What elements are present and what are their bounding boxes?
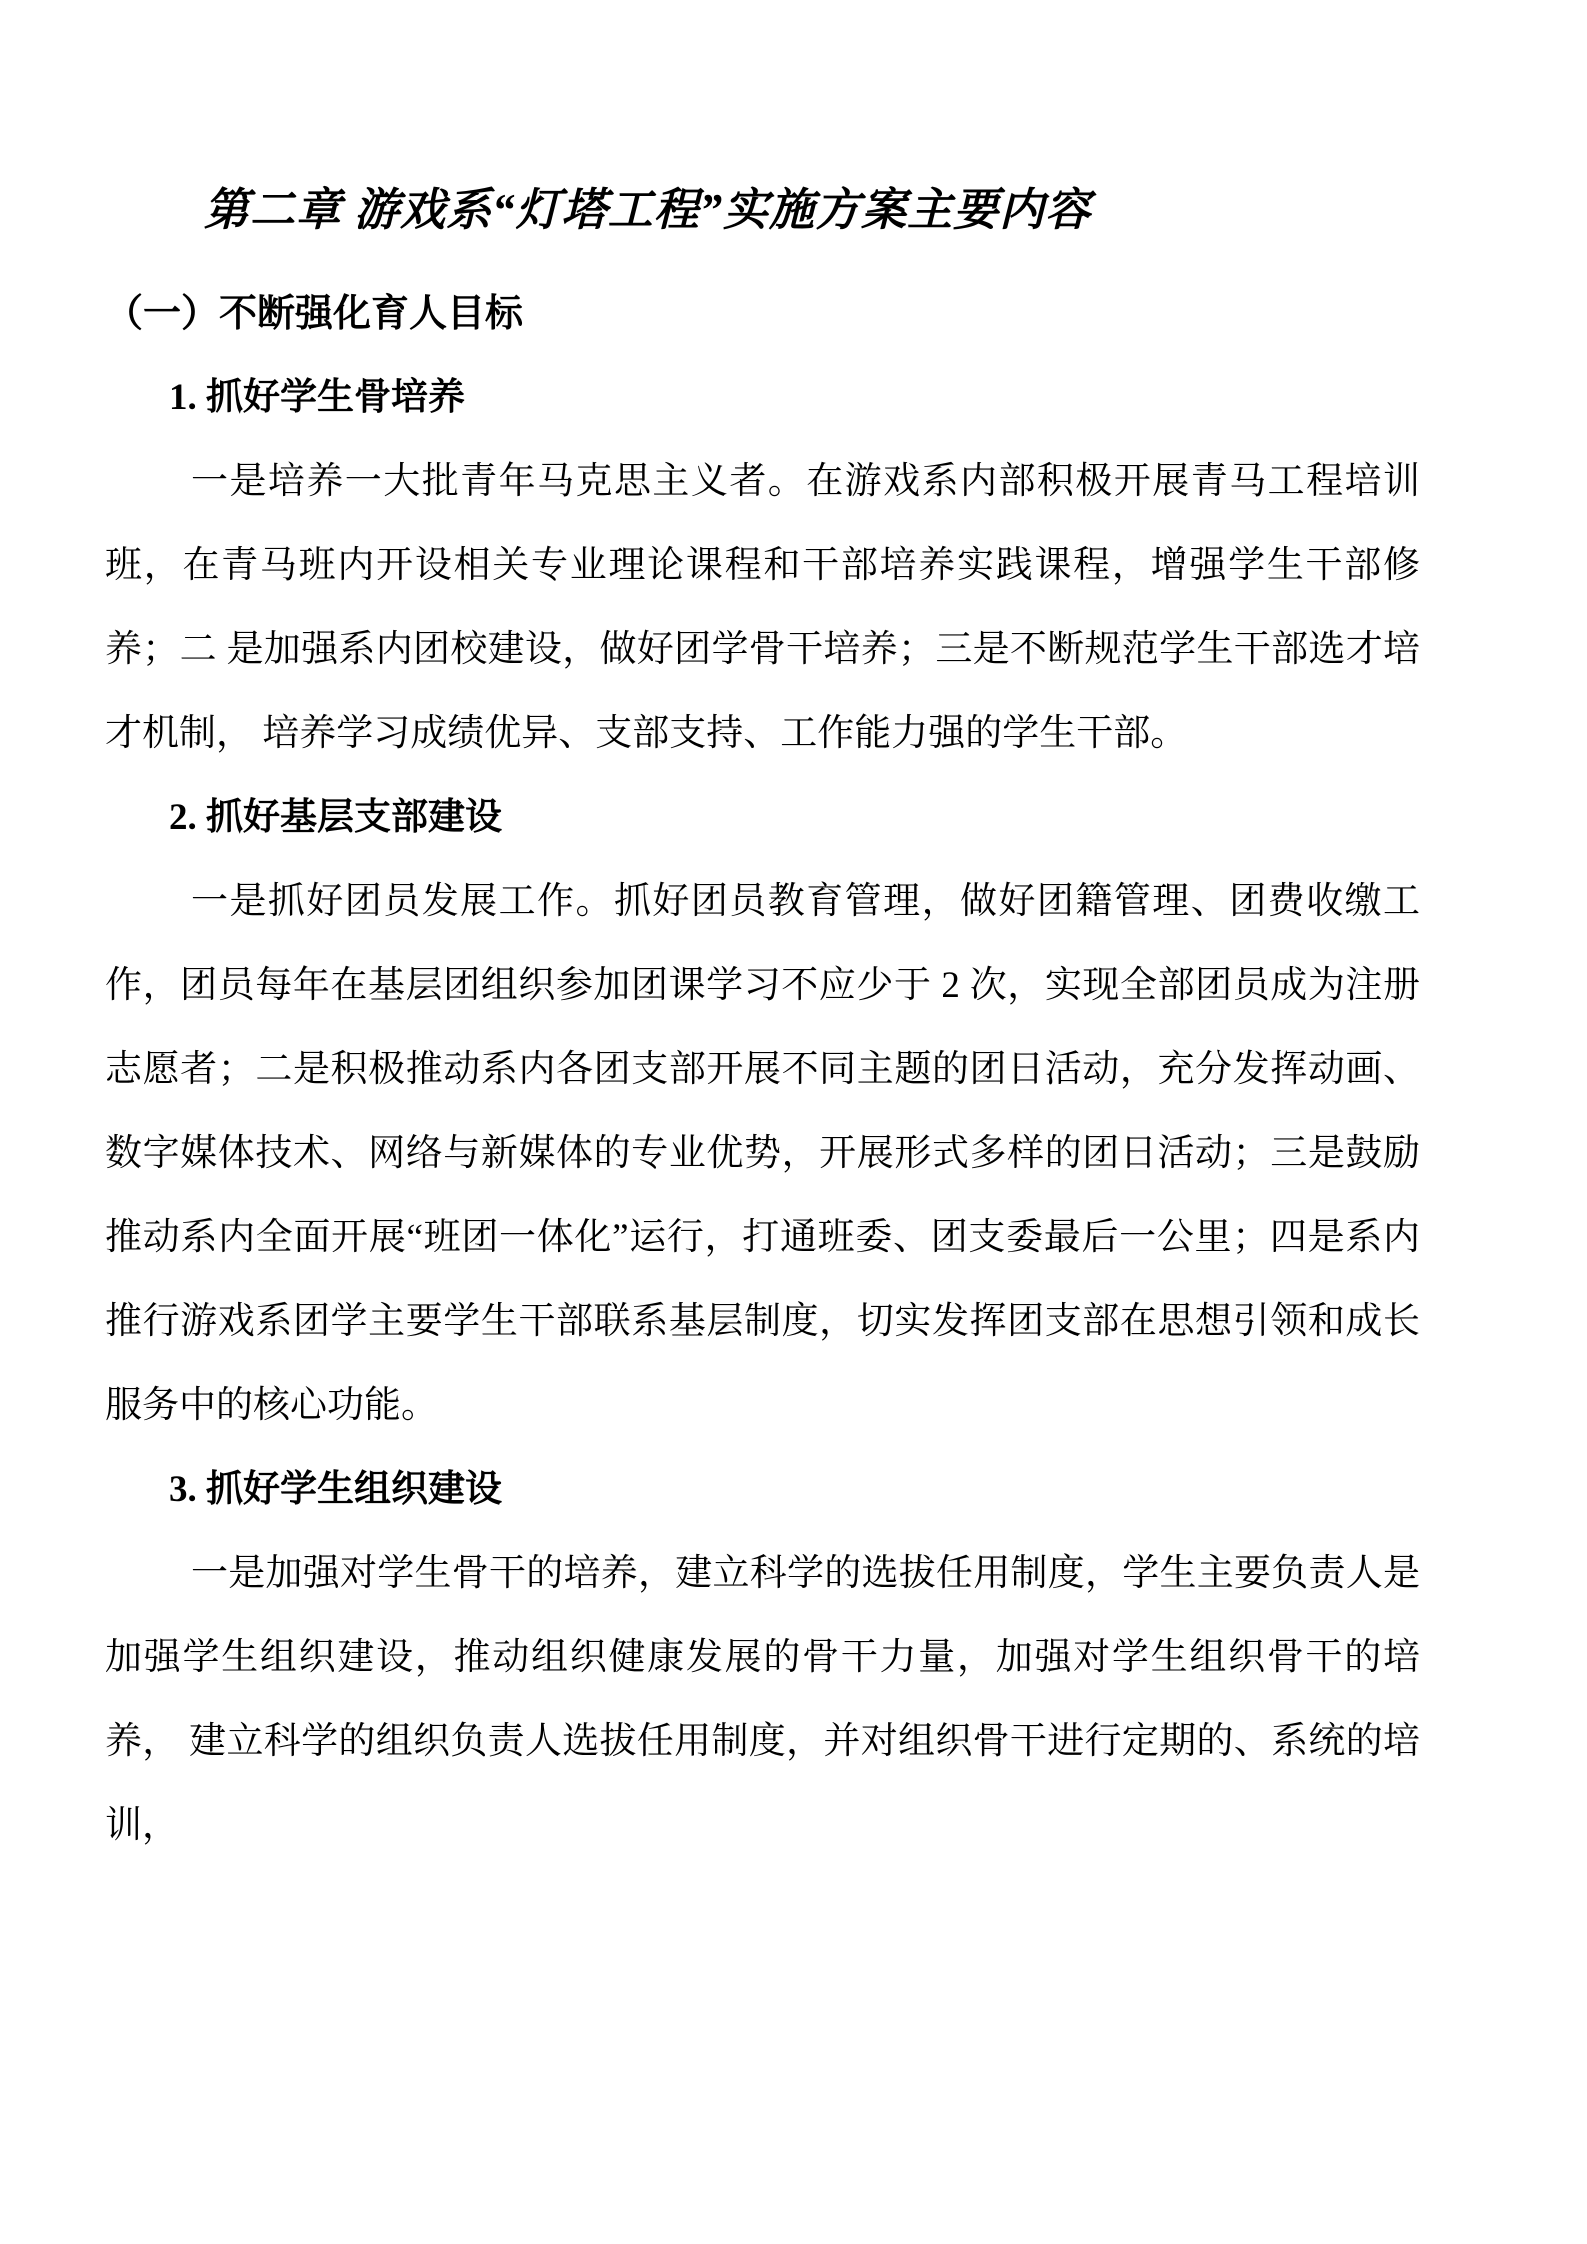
body-paragraph-3: 一是加强对学生骨干的培养，建立科学的选拔任用制度，学生主要负责人是加强学生组织建… — [105, 1532, 1420, 1868]
subsection-heading-2: 2. 抓好基层支部建设 — [105, 776, 1420, 860]
subsection-heading-1: 1. 抓好学生骨培养 — [105, 356, 1420, 440]
body-paragraph-2: 一是抓好团员发展工作。抓好团员教育管理，做好团籍管理、团费收缴工作，团员每年在基… — [105, 860, 1420, 1448]
body-paragraph-1: 一是培养一大批青年马克思主义者。在游戏系内部积极开展青马工程培训班，在青马班内开… — [105, 440, 1420, 776]
subsection-heading-3: 3. 抓好学生组织建设 — [105, 1448, 1420, 1532]
document-page: 第二章 游戏系“灯塔工程”实施方案主要内容 （一）不断强化育人目标 1. 抓好学… — [0, 0, 1587, 2244]
document-title: 第二章 游戏系“灯塔工程”实施方案主要内容 — [105, 170, 1420, 250]
section-heading: （一）不断强化育人目标 — [105, 272, 1420, 356]
